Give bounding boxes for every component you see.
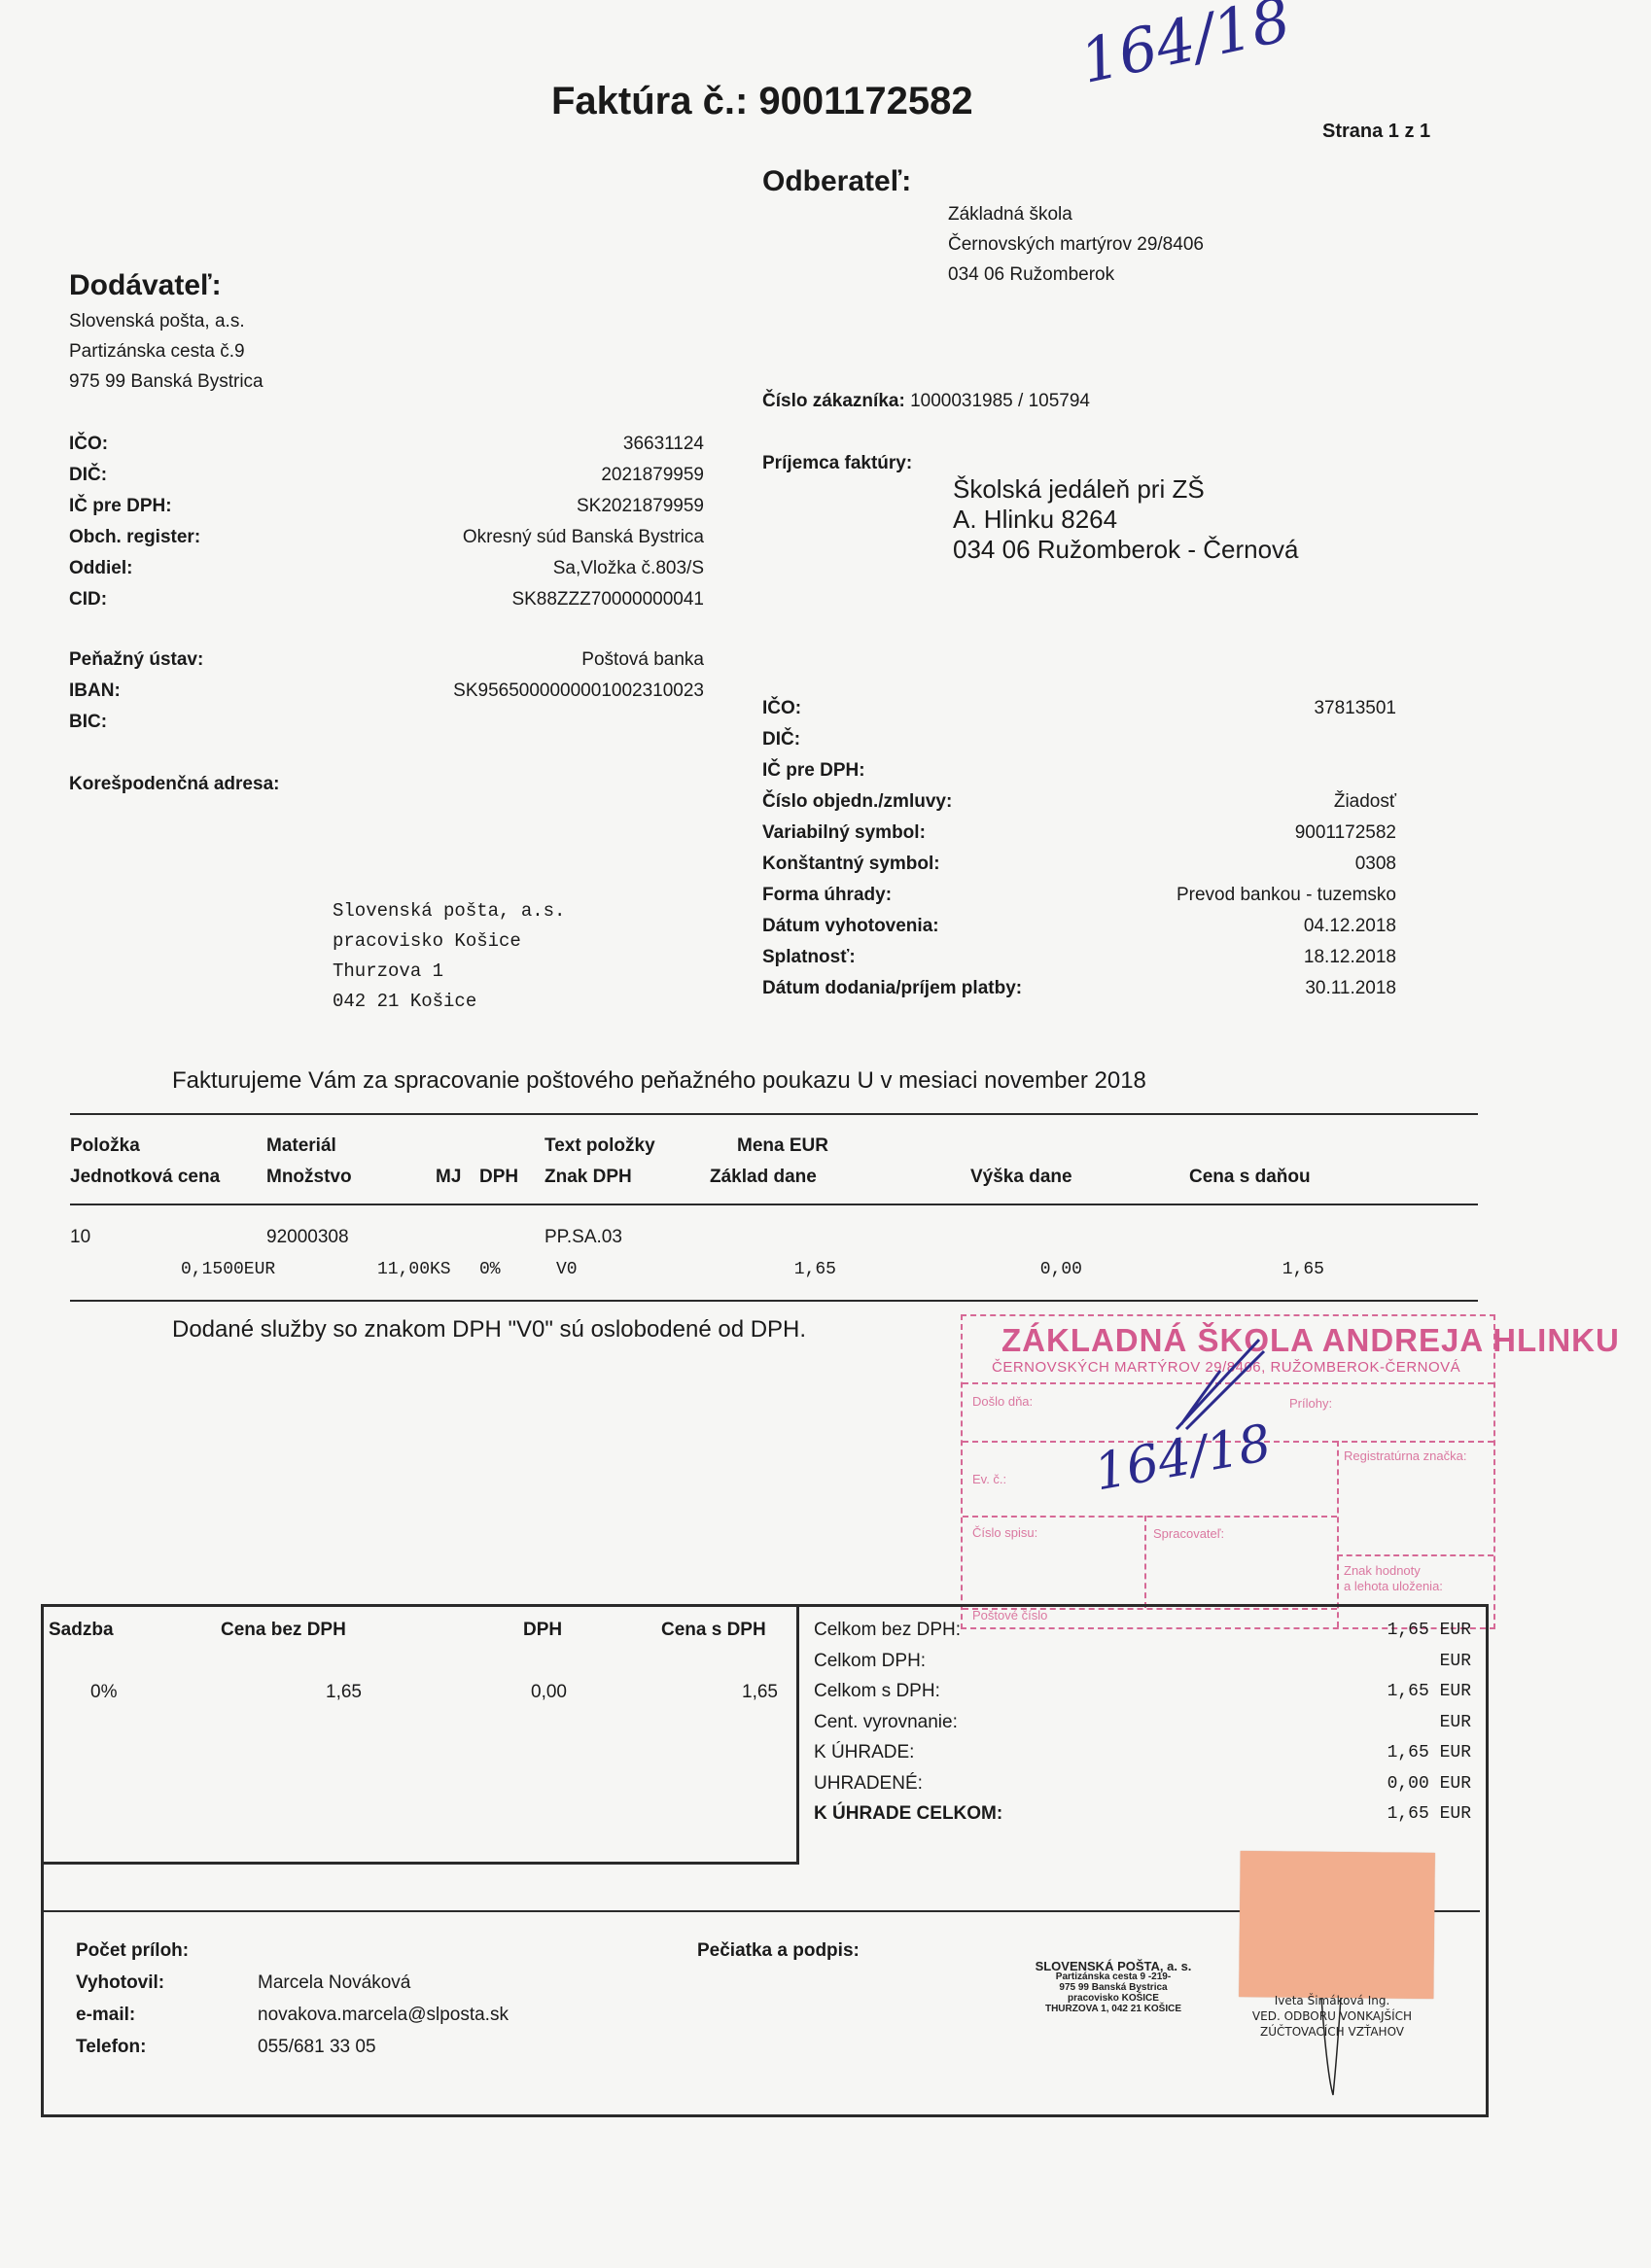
field-label: Číslo objedn./zmluvy:: [762, 791, 952, 813]
field-label: Obch. register:: [69, 527, 200, 548]
col-header: Mena EUR: [737, 1135, 828, 1157]
customer-number: Číslo zákazníka: 1000031985 / 105794: [762, 391, 1090, 412]
recipient-line: Školská jedáleň pri ZŠ: [953, 474, 1205, 505]
total-label: K ÚHRADE CELKOM:: [814, 1803, 1002, 1825]
stamp-line: THURZOVA 1, 042 21 KOŠICE: [1026, 2004, 1201, 2014]
col-header: DPH: [523, 1620, 562, 1641]
field-label: IČO:: [69, 434, 108, 455]
field-label: CID:: [69, 589, 107, 611]
total-value: 1,65 EUR: [1388, 1682, 1471, 1701]
supplier-name: Slovenská pošta, a.s.: [69, 311, 245, 332]
col-header: Cena s DPH: [661, 1620, 766, 1641]
field-label: Variabilný symbol:: [762, 822, 926, 844]
col-header: Jednotková cena: [70, 1167, 220, 1188]
col-header: Sadzba: [49, 1620, 114, 1641]
field-value: 37813501: [1314, 698, 1396, 719]
invoice-intro: Fakturujeme Vám za spracovanie poštového…: [172, 1067, 1146, 1095]
signature-stroke-icon: [1317, 1998, 1347, 2105]
field-label: IČ pre DPH:: [69, 496, 172, 517]
field-label: Dátum vyhotovenia:: [762, 916, 939, 937]
total-value: 1,65 EUR: [1388, 1743, 1471, 1762]
stamp-field-label: Číslo spisu:: [972, 1525, 1037, 1540]
cell-text: PP.SA.03: [544, 1227, 622, 1248]
field-value: Sa,Vložka č.803/S: [553, 558, 704, 579]
field-label: Peňažný ústav:: [69, 649, 203, 671]
total-value: 1,65 EUR: [1388, 1804, 1471, 1824]
vat-exemption-note: Dodané služby so znakom DPH "V0" sú oslo…: [172, 1316, 806, 1343]
col-header: Cena s daňou: [1189, 1167, 1311, 1188]
correspondence-label: Korešpodenčná adresa:: [69, 774, 279, 795]
vat-rate: 0%: [90, 1682, 117, 1703]
field-value: Žiadosť: [1334, 791, 1396, 813]
invoice-title: Faktúra č.: 9001172582: [551, 80, 973, 123]
total-value: 0,00 EUR: [1388, 1774, 1471, 1794]
postal-company-stamp: SLOVENSKÁ POŠTA, a. s. Partizánska cesta…: [1026, 1961, 1201, 2014]
col-header: DPH: [479, 1167, 518, 1188]
stamp-title: ZÁKLADNÁ ŠKOLA ANDREJA HLINKU: [1001, 1322, 1620, 1359]
address-line: Thurzova 1: [333, 960, 443, 982]
field-label: Dátum dodania/príjem platby:: [762, 978, 1022, 999]
field-value: 18.12.2018: [1304, 947, 1396, 968]
col-header: MJ: [436, 1167, 461, 1188]
field-label: DIČ:: [69, 465, 107, 486]
page-indicator: Strana 1 z 1: [1322, 121, 1430, 143]
col-header: Položka: [70, 1135, 140, 1157]
address-line: Slovenská pošta, a.s.: [333, 900, 565, 922]
field-value: 36631124: [623, 434, 704, 455]
field-value: Okresný súd Banská Bystrica: [463, 527, 704, 548]
total-label: Celkom s DPH:: [814, 1681, 940, 1702]
table-bottom-rule: [70, 1300, 1478, 1302]
field-label: Forma úhrady:: [762, 885, 892, 906]
col-header: Cena bez DPH: [221, 1620, 346, 1641]
supplier-city: 975 99 Banská Bystrica: [69, 371, 263, 393]
field-label: Oddiel:: [69, 558, 132, 579]
email-link[interactable]: novakova.marcela@slposta.sk: [258, 2005, 509, 2026]
cell-unit-price: 0,1500EUR: [181, 1260, 275, 1279]
total-label: UHRADENÉ:: [814, 1773, 923, 1795]
total-value: EUR: [1440, 1713, 1471, 1732]
email-label: e-mail:: [76, 2005, 135, 2026]
supplier-street: Partizánska cesta č.9: [69, 341, 245, 363]
recipient-line: A. Hlinku 8264: [953, 505, 1117, 535]
prepared-by-label: Vyhotovil:: [76, 1972, 164, 1994]
field-value: 2021879959: [601, 465, 704, 486]
field-label: BIC:: [69, 712, 107, 733]
field-label: DIČ:: [762, 729, 800, 750]
table-top-rule: [70, 1113, 1478, 1115]
stamp-field-label: Spracovateľ:: [1153, 1526, 1224, 1541]
stamp-line: SLOVENSKÁ POŠTA, a. s.: [1026, 1961, 1201, 1971]
field-label: IČO:: [762, 698, 801, 719]
customer-number-value: 1000031985 / 105794: [910, 391, 1090, 411]
sticky-note: [1239, 1851, 1435, 1999]
customer-number-label: Číslo zákazníka:: [762, 391, 905, 411]
stamp-field-label: Znak hodnoty: [1344, 1563, 1421, 1578]
supplier-heading: Dodávateľ:: [69, 269, 222, 302]
prepared-by-value: Marcela Nováková: [258, 1972, 410, 1994]
vat-total: 1,65: [742, 1682, 778, 1703]
stamp-field-label: Registratúrna značka:: [1344, 1448, 1466, 1463]
address-line: pracovisko Košice: [333, 930, 521, 952]
cell-polozka: 10: [70, 1227, 90, 1248]
col-header: Základ dane: [710, 1167, 817, 1188]
phone-value: 055/681 33 05: [258, 2037, 376, 2058]
cell-material: 92000308: [266, 1227, 349, 1248]
total-value: EUR: [1440, 1652, 1471, 1671]
stamp-field-label: Došlo dňa:: [972, 1394, 1033, 1409]
vat-amount: 0,00: [531, 1682, 567, 1703]
vat-base: 1,65: [326, 1682, 362, 1703]
customer-heading: Odberateľ:: [762, 165, 911, 198]
field-value: Prevod bankou - tuzemsko: [1177, 885, 1396, 906]
cell-tax-base: 1,65: [794, 1260, 836, 1279]
field-value: 30.11.2018: [1305, 978, 1396, 999]
attachments-label: Počet príloh:: [76, 1940, 189, 1962]
col-header: Text položky: [544, 1135, 655, 1157]
field-value: 04.12.2018: [1304, 916, 1396, 937]
cell-quantity: 11,00KS: [377, 1260, 451, 1279]
field-value: 0308: [1355, 854, 1396, 875]
stamp-field-label: Ev. č.:: [972, 1472, 1006, 1486]
field-label: Konštantný symbol:: [762, 854, 940, 875]
field-value: SK2021879959: [577, 496, 704, 517]
total-label: K ÚHRADE:: [814, 1742, 914, 1763]
stamp-field-label: a lehota uloženia:: [1344, 1579, 1443, 1593]
address-line: 042 21 Košice: [333, 991, 476, 1012]
field-label: IBAN:: [69, 680, 121, 702]
customer-address-line: 034 06 Ružomberok: [948, 264, 1114, 286]
cell-tax-amount: 0,00: [1040, 1260, 1082, 1279]
phone-label: Telefon:: [76, 2037, 146, 2058]
vat-summary-box: [41, 1604, 799, 1865]
stamp-field-label: Prílohy:: [1289, 1396, 1332, 1411]
signature-scribble-icon: [1167, 1332, 1274, 1439]
col-header: Materiál: [266, 1135, 336, 1157]
field-value: 9001172582: [1295, 822, 1396, 844]
stamp-line: 975 99 Banská Bystrica: [1026, 1982, 1201, 1993]
total-label: Celkom bez DPH:: [814, 1620, 961, 1641]
field-label: Splatnosť:: [762, 947, 856, 968]
stamp-line: pracovisko KOŠICE: [1026, 1993, 1201, 2004]
field-value: SK88ZZZ70000000041: [511, 589, 704, 611]
field-label: IČ pre DPH:: [762, 760, 865, 782]
total-value: 1,65 EUR: [1388, 1621, 1471, 1640]
field-value: SK9565000000001002310023: [453, 680, 704, 702]
col-header: Výška dane: [970, 1167, 1072, 1188]
cell-vat-rate: 0%: [479, 1260, 501, 1279]
total-label: Celkom DPH:: [814, 1651, 926, 1672]
col-header: Množstvo: [266, 1167, 352, 1188]
field-value: Poštová banka: [581, 649, 704, 671]
cell-price-with-tax: 1,65: [1282, 1260, 1324, 1279]
col-header: Znak DPH: [544, 1167, 632, 1188]
recipient-line: 034 06 Ružomberok - Černová: [953, 535, 1299, 565]
handwritten-reference-note: 164/18: [1074, 0, 1297, 97]
customer-address-line: Černovských martýrov 29/8406: [948, 234, 1204, 256]
table-header-rule: [70, 1204, 1478, 1205]
signature-label: Pečiatka a podpis:: [697, 1940, 860, 1962]
cell-vat-code: V0: [556, 1260, 578, 1279]
total-label: Cent. vyrovnanie:: [814, 1712, 958, 1733]
recipient-label: Príjemca faktúry:: [762, 453, 912, 474]
customer-address-line: Základná škola: [948, 204, 1072, 226]
